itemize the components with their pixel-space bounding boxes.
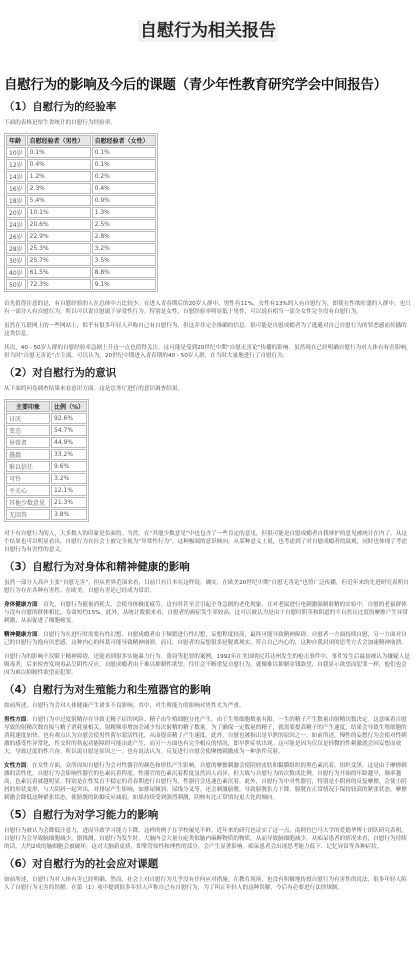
cell-male-rate: 10.1% bbox=[27, 207, 91, 218]
cell-female-rate: 2.8% bbox=[92, 231, 156, 242]
labeled-paragraph-physical: 身体健康方面：首先，自慰行为能量消耗大，会使身体极度疲劳。这有时甚至会引起全身急… bbox=[4, 601, 412, 625]
column-header-male: 自慰经验者（男性） bbox=[27, 135, 91, 146]
cell-ratio: 54.7% bbox=[51, 425, 87, 436]
table-row: 难以信任9.6% bbox=[6, 461, 87, 472]
cell-age: 20岁 bbox=[6, 207, 26, 218]
cell-male-rate: 72.3% bbox=[27, 279, 91, 290]
cell-impression: 异常者 bbox=[6, 437, 50, 448]
cell-age: 14岁 bbox=[6, 171, 26, 182]
cell-age: 26岁 bbox=[6, 231, 26, 242]
cell-ratio: 92.6% bbox=[51, 413, 87, 424]
cell-age: 18岁 bbox=[6, 195, 26, 206]
table-row: 不关心12.1% bbox=[6, 485, 87, 496]
cell-female-rate: 8.8% bbox=[92, 267, 156, 278]
cell-male-rate: 25.3% bbox=[27, 243, 91, 254]
section-heading: （4）自慰行为对生殖能力和生殖器官的影响 bbox=[4, 683, 412, 697]
paragraph: 首先值得注意的是，有自慰经验的人在总体中占比较少。在进入青春期后的20岁人群中，… bbox=[4, 300, 412, 316]
cell-ratio: 3.8% bbox=[51, 509, 87, 520]
cell-impression: 可怜 bbox=[6, 473, 50, 484]
table-body: 10岁0.1%0.1%12岁0.4%0.1%14岁1.2%0.2%16岁2.3%… bbox=[6, 147, 156, 290]
cell-female-rate: 0.4% bbox=[92, 183, 156, 194]
cell-female-rate: 9.1% bbox=[92, 279, 156, 290]
cell-ratio: 3.2% bbox=[51, 473, 87, 484]
paragraph-label: 精神健康方面 bbox=[4, 632, 38, 638]
cell-age: 24岁 bbox=[6, 219, 26, 230]
title-bar: 自慰行为相关报告 bbox=[4, 0, 412, 76]
section-heading: （5）自慰行为对学习能力的影响 bbox=[4, 808, 412, 822]
section-awareness: （2）对自慰行为的意识 从下面的问卷调查结果来看意识方面。这是总务厅进行的意识调… bbox=[4, 366, 412, 554]
cell-impression: 不关心 bbox=[6, 485, 50, 496]
cell-impression: 变态 bbox=[6, 425, 50, 436]
table-row: 10岁0.1%0.1% bbox=[6, 147, 156, 158]
cell-age: 16岁 bbox=[6, 183, 26, 194]
labeled-paragraph-female: 女性方面：在女性方面，众所周知自慰行为会对性器官的颜色和形状产生影响。自慰的摩擦… bbox=[4, 762, 412, 802]
cell-age: 10岁 bbox=[6, 147, 26, 158]
cell-impression: 难以信任 bbox=[6, 461, 50, 472]
paragraph-text: ：首先，自慰行为能量消耗大，会使身体极度疲劳。这有时甚至会引起全身急剧的老化现象… bbox=[4, 602, 408, 624]
table-row: 12岁0.4%0.1% bbox=[6, 159, 156, 170]
section-heading: （2）对自慰行为的意识 bbox=[4, 366, 412, 380]
table-header-row: 主要印象 比例（%） bbox=[6, 401, 87, 412]
paragraph-label: 身体健康方面 bbox=[4, 602, 38, 608]
cell-impression: 愚蠢 bbox=[6, 449, 50, 460]
main-heading: 自慰行为的影响及今后的课题（青少年性教育研究学会中间报告） bbox=[4, 76, 412, 94]
report-page: 自慰行为相关报告 自慰行为的影响及今后的课题（青少年性教育研究学会中间报告） （… bbox=[0, 0, 416, 892]
cell-ratio: 12.1% bbox=[51, 485, 87, 496]
cell-male-rate: 0.4% bbox=[27, 159, 91, 170]
cell-age: 30岁 bbox=[6, 255, 26, 266]
cell-age: 28岁 bbox=[6, 243, 26, 254]
cell-female-rate: 0.1% bbox=[92, 147, 156, 158]
table-row: 14岁1.2%0.2% bbox=[6, 171, 156, 182]
paragraph-label: 男性方面 bbox=[4, 717, 26, 723]
section-heading: （1）自慰行为的经验率 bbox=[4, 100, 412, 114]
paragraph-text: ：自慰行为中过度射精存在导致无精子症的风险。精子由生殖细胞分化产生，由于生殖细胞… bbox=[4, 717, 407, 755]
paragraph: 如前所述，自慰行为对人体有害已经明确。然而，社会上对自慰行为几乎没有任何应对措施… bbox=[4, 876, 412, 892]
table-row: 16岁2.3%0.4% bbox=[6, 183, 156, 194]
cell-female-rate: 3.5% bbox=[92, 255, 156, 266]
paragraph-text: ：在女性方面，众所周知自慰行为会对性器官的颜色和形状产生影响。自慰的摩擦刺激会使… bbox=[4, 763, 407, 801]
paragraph: 自慰行为被认为会降低注意力，进而导致学习能力下降。这样的例子在学校屡见不鲜。近年… bbox=[4, 827, 412, 851]
impression-table: 主要印象 比例（%） 讨厌92.6%变态54.7%异常者44.9%愚蠢33.2%… bbox=[4, 399, 89, 522]
table-row: 30岁25.7%3.5% bbox=[6, 255, 156, 266]
paragraph: 虽然在互联网上的一些网站上，似乎有很多年轻人声称自己有自慰行为，但这并非完全准确… bbox=[4, 322, 412, 338]
table-row: 28岁25.3%3.2% bbox=[6, 243, 156, 254]
paragraph: 虽然一部分人高声主张“自慰无害”，但从世界范围来看，目前只有日本在这样说。确实，… bbox=[4, 579, 412, 595]
section-intro: 下面的表格是厚生省统计的自慰行为经验率。 bbox=[4, 119, 412, 127]
cell-female-rate: 1.3% bbox=[92, 207, 156, 218]
cell-male-rate: 5.4% bbox=[27, 195, 91, 206]
table-row: 异常者44.9% bbox=[6, 437, 87, 448]
labeled-paragraph-mental: 精神健康方面：自慰行为在进行时需要有性幻想。自慰成瘾者由于频繁进行性幻想，妄想程… bbox=[4, 631, 412, 647]
cell-female-rate: 0.1% bbox=[92, 159, 156, 170]
section-experience-rate: （1）自慰行为的经验率 下面的表格是厚生省统计的自慰行为经验率。 年龄 自慰经验… bbox=[4, 100, 412, 360]
section-reproductive-effects: （4）自慰行为对生殖能力和生殖器官的影响 如前所述，自慰行为会对人体健康产生诸多… bbox=[4, 683, 412, 802]
cell-male-rate: 61.5% bbox=[27, 267, 91, 278]
table-row: 变态54.7% bbox=[6, 425, 87, 436]
paragraph-label: 女性方面 bbox=[4, 763, 26, 769]
paragraph: 对于有自慰行为的人，大多数人的印象是负面的。当然，在“其他少数意见”中也包含了一… bbox=[4, 530, 412, 554]
paragraph: 如前所述，自慰行为会对人体健康产生诸多不良影响。其中，对生殖能力的影响对男性尤为… bbox=[4, 702, 412, 710]
section-social-response: （6）对自慰行为的社会应对课题 如前所述，自慰行为对人体有害已经明确。然而，社会… bbox=[4, 857, 412, 892]
table-row: 20岁10.1%1.3% bbox=[6, 207, 156, 218]
cell-impression: 讨厌 bbox=[6, 413, 50, 424]
experience-rate-table: 年龄 自慰经验者（男性） 自慰经验者（女性） 10岁0.1%0.1%12岁0.4… bbox=[4, 133, 158, 292]
cell-impression: 其他少数意见 bbox=[6, 497, 50, 508]
column-header-female: 自慰经验者（女性） bbox=[92, 135, 156, 146]
cell-age: 40岁 bbox=[6, 267, 26, 278]
table-row: 无回答3.8% bbox=[6, 509, 87, 520]
paragraph: 其次，40 - 50岁人群的自慰经验率急剧上升这一点也值得关注。这可能是受到20… bbox=[4, 344, 412, 360]
section-heading: （3）自慰行为对身体和精神健康的影响 bbox=[4, 560, 412, 574]
table-row: 26岁22.9%2.8% bbox=[6, 231, 156, 242]
table-row: 愚蠢33.2% bbox=[6, 449, 87, 460]
cell-age: 12岁 bbox=[6, 159, 26, 170]
table-body: 讨厌92.6%变态54.7%异常者44.9%愚蠢33.2%难以信任9.6%可怜3… bbox=[6, 413, 87, 520]
table-row: 40岁61.5%8.8% bbox=[6, 267, 156, 278]
section-heading: （6）对自慰行为的社会应对课题 bbox=[4, 857, 412, 871]
cell-male-rate: 20.6% bbox=[27, 219, 91, 230]
cell-male-rate: 0.1% bbox=[27, 147, 91, 158]
cell-female-rate: 0.2% bbox=[92, 171, 156, 182]
document-title: 自慰行为相关报告 bbox=[138, 20, 278, 42]
cell-age: 50岁 bbox=[6, 279, 26, 290]
labeled-paragraph-male: 男性方面：自慰行为中过度射精存在导致无精子症的风险。精子由生殖细胞分化产生，由于… bbox=[4, 716, 412, 756]
table-row: 50岁72.3%9.1% bbox=[6, 279, 156, 290]
table-row: 可怜3.2% bbox=[6, 473, 87, 484]
cell-male-rate: 25.7% bbox=[27, 255, 91, 266]
paragraph: 自慰行为的影响不仅限于精神障碍，还能看到很多实施暴力行为、盗窃等犯罪的案例。19… bbox=[4, 653, 412, 677]
table-row: 18岁5.4%0.9% bbox=[6, 195, 156, 206]
cell-female-rate: 3.2% bbox=[92, 243, 156, 254]
cell-male-rate: 22.9% bbox=[27, 231, 91, 242]
cell-ratio: 21.3% bbox=[51, 497, 87, 508]
cell-female-rate: 2.5% bbox=[92, 219, 156, 230]
cell-male-rate: 2.3% bbox=[27, 183, 91, 194]
table-header-row: 年龄 自慰经验者（男性） 自慰经验者（女性） bbox=[6, 135, 156, 146]
table-row: 其他少数意见21.3% bbox=[6, 497, 87, 508]
paragraph-text: ：自慰行为在进行时需要有性幻想。自慰成瘾者由于频繁进行性幻想，妄想程度较高，最终… bbox=[4, 632, 407, 646]
section-health-effects: （3）自慰行为对身体和精神健康的影响 虽然一部分人高声主张“自慰无害”，但从世界… bbox=[4, 560, 412, 677]
section-intro: 从下面的问卷调查结果来看意识方面。这是总务厅进行的意识调查结果。 bbox=[4, 385, 412, 393]
cell-male-rate: 1.2% bbox=[27, 171, 91, 182]
section-learning-effects: （5）自慰行为对学习能力的影响 自慰行为被认为会降低注意力，进而导致学习能力下降… bbox=[4, 808, 412, 851]
table-row: 讨厌92.6% bbox=[6, 413, 87, 424]
cell-ratio: 33.2% bbox=[51, 449, 87, 460]
column-header-age: 年龄 bbox=[6, 135, 26, 146]
cell-impression: 无回答 bbox=[6, 509, 50, 520]
table-row: 24岁20.6%2.5% bbox=[6, 219, 156, 230]
cell-ratio: 9.6% bbox=[51, 461, 87, 472]
column-header-impression: 主要印象 bbox=[6, 401, 50, 412]
cell-female-rate: 0.9% bbox=[92, 195, 156, 206]
column-header-ratio: 比例（%） bbox=[51, 401, 87, 412]
cell-ratio: 44.9% bbox=[51, 437, 87, 448]
